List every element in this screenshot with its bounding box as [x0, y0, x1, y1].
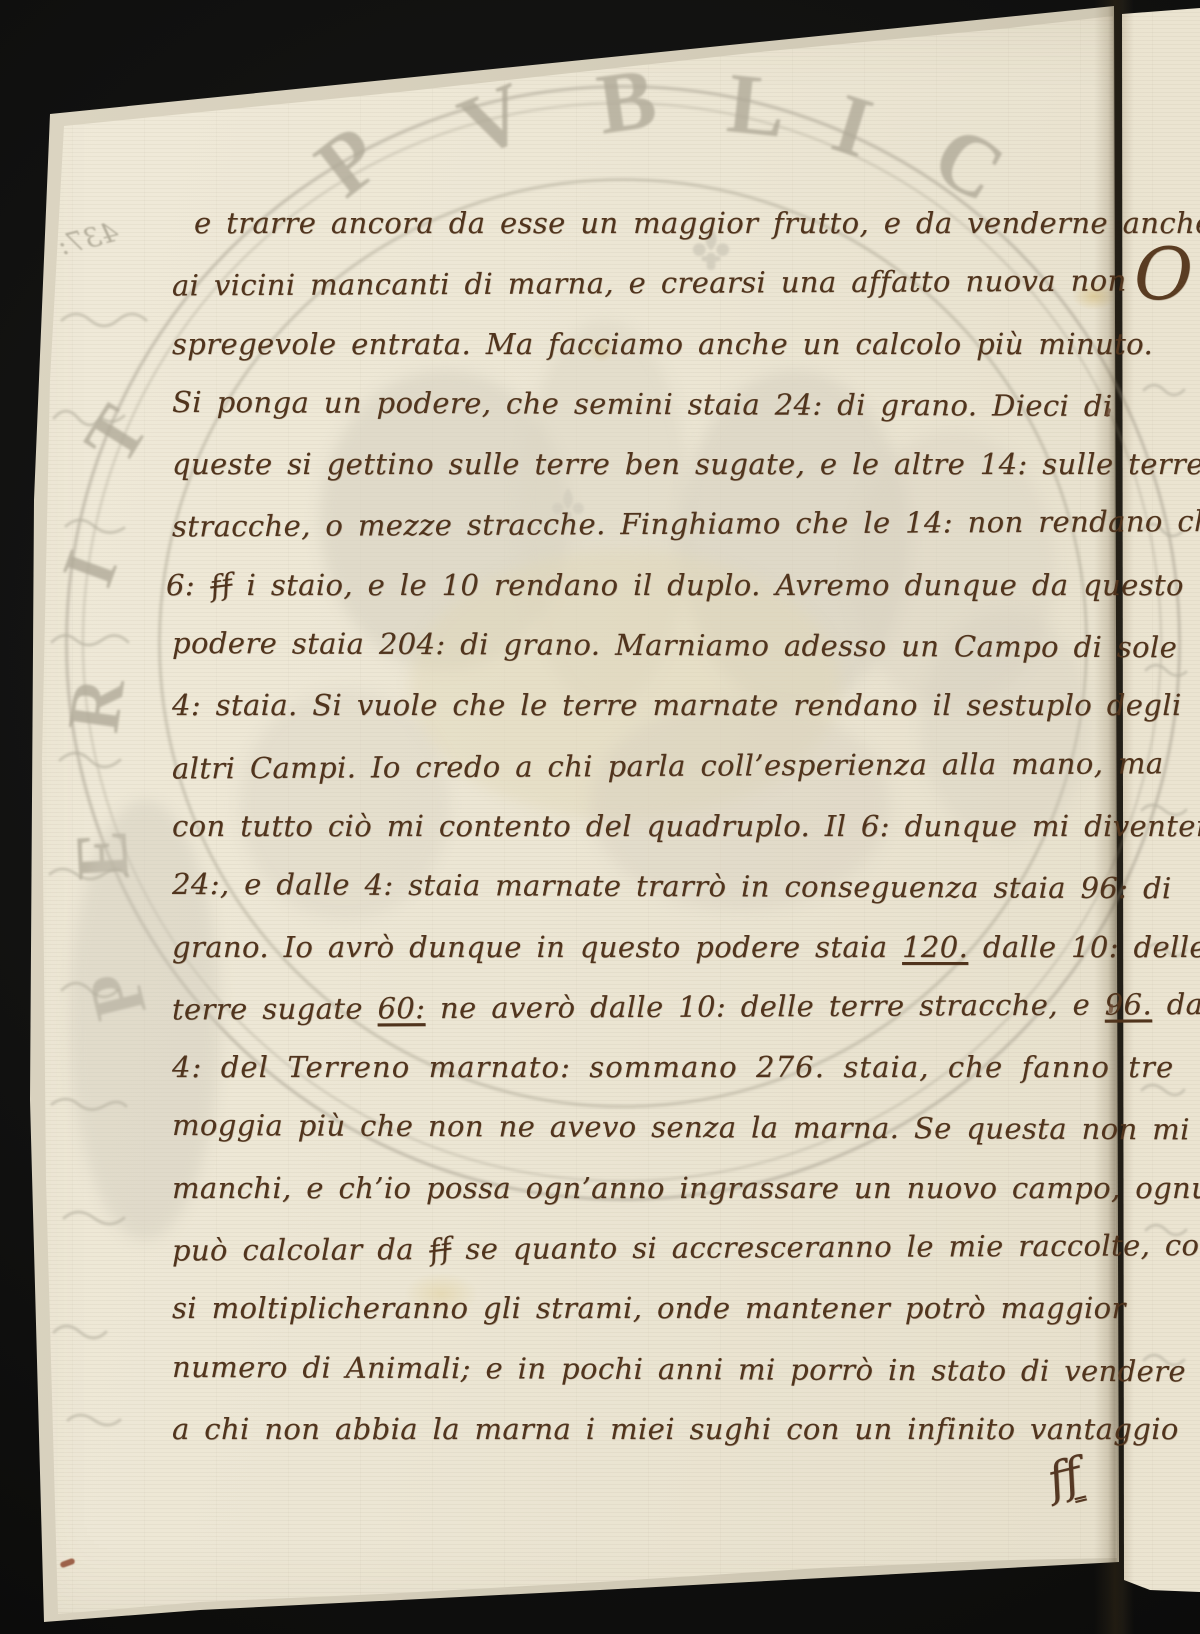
line-text: con tutto ciò mi contento del quadruplo.…	[172, 809, 1200, 843]
manuscript-line: 4: staia. Si vuole che le terre marnate …	[172, 688, 1117, 748]
manuscript-line: si moltiplicheranno gli strami, onde man…	[172, 1291, 1117, 1351]
manuscript-line: Si ponga un podere, che semini staia 24:…	[172, 385, 1117, 449]
abbreviation-mark: ff	[207, 566, 234, 603]
manuscript-text: e trarre ancora da esse un maggior frutt…	[172, 206, 1117, 1472]
manuscript-line: manchi, e ch’io possa ogn’anno ingrassar…	[172, 1171, 1117, 1231]
abbreviation-mark: ff	[426, 1231, 453, 1268]
line-text: queste si gettino sulle terre ben sugate…	[172, 447, 1200, 481]
manuscript-line: moggia più che non ne avevo senza la mar…	[172, 1108, 1117, 1172]
line-text: dalle 10: delle	[968, 930, 1200, 964]
scanned-manuscript-view: { "colors": { "ink": "#50341d", "paper":…	[0, 0, 1200, 1634]
manuscript-line: ai vicini mancanti di marna, e crearsi u…	[172, 264, 1117, 329]
line-text: se quanto si accresceranno le mie raccol…	[451, 1228, 1200, 1266]
manuscript-line: numero di Animali; e in pochi anni mi po…	[172, 1350, 1117, 1414]
manuscript-line: grano. Io avrò dunque in questo podere s…	[172, 930, 1117, 990]
line-text: moggia più che non ne avevo senza la mar…	[172, 1108, 1190, 1146]
manuscript-line: queste si gettino sulle terre ben sugate…	[172, 447, 1117, 507]
manuscript-line: terre sugate 60: ne averò dalle 10: dell…	[172, 987, 1117, 1052]
line-text: ne averò dalle 10: delle terre stracche,…	[425, 987, 1105, 1025]
manuscript-line: altri Campi. Io credo a chi parla coll’e…	[172, 746, 1117, 811]
line-text: numero di Animali; e in pochi anni mi po…	[172, 1350, 1186, 1388]
line-text: stracche, o mezze stracche. Finghiamo ch…	[172, 504, 1200, 544]
line-text: Si ponga un podere, che semini staia 24:…	[172, 385, 1113, 423]
line-text: manchi, e ch’io possa ogn’anno ingrassar…	[172, 1171, 1200, 1205]
underlined-number: 120.	[902, 930, 968, 964]
line-text: dalle	[1152, 987, 1200, 1021]
manuscript-line: 4: del Terreno marnato: sommano 276. sta…	[172, 1050, 1117, 1110]
line-text: terre sugate	[172, 991, 378, 1026]
line-text: 4: staia. Si vuole che le terre marnate …	[172, 688, 1182, 722]
manuscript-line: con tutto ciò mi contento del quadruplo.…	[172, 809, 1117, 869]
line-text: può calcolar da	[172, 1232, 429, 1267]
line-text: 6:	[166, 568, 210, 602]
line-text: ai vicini mancanti di marna, e crearsi u…	[172, 264, 1127, 303]
manuscript-line: e trarre ancora da esse un maggior frutt…	[194, 206, 1117, 266]
line-text: a chi non abbia la marna i miei sughi co…	[172, 1412, 1179, 1446]
line-text: e trarre ancora da esse un maggior frutt…	[194, 206, 1200, 240]
manuscript-line: 24:, e dalle 4: staia marnate trarrò in …	[172, 867, 1117, 931]
line-text: spregevole entrata. Ma facciamo anche un…	[172, 327, 1153, 361]
line-text: 24:, e dalle 4: staia marnate trarrò in …	[172, 867, 1172, 905]
manuscript-line: stracche, o mezze stracche. Finghiamo ch…	[172, 505, 1117, 570]
manuscript-line: podere staia 204: di grano. Marniamo ade…	[172, 626, 1117, 690]
manuscript-line: a chi non abbia la marna i miei sughi co…	[172, 1412, 1117, 1472]
line-text: altri Campi. Io credo a chi parla coll’e…	[172, 746, 1164, 785]
manuscript-line: spregevole entrata. Ma facciamo anche un…	[172, 327, 1117, 387]
line-text: podere staia 204: di grano. Marniamo ade…	[172, 626, 1177, 664]
line-text: i staio, e le 10 rendano il duplo. Avrem…	[232, 568, 1184, 602]
line-text: 4: del Terreno marnato: sommano 276. sta…	[172, 1050, 1174, 1084]
manuscript-line: 6: ff i staio, e le 10 rendano il duplo.…	[166, 568, 1117, 628]
line-text: si moltiplicheranno gli strami, onde man…	[172, 1291, 1126, 1325]
manuscript-line: può calcolar da ff se quanto si accresce…	[172, 1229, 1117, 1294]
underlined-number: 60:	[377, 991, 425, 1025]
facing-page-initial-flourish: O	[1134, 238, 1193, 310]
line-text: grano. Io avrò dunque in questo podere s…	[172, 930, 902, 964]
